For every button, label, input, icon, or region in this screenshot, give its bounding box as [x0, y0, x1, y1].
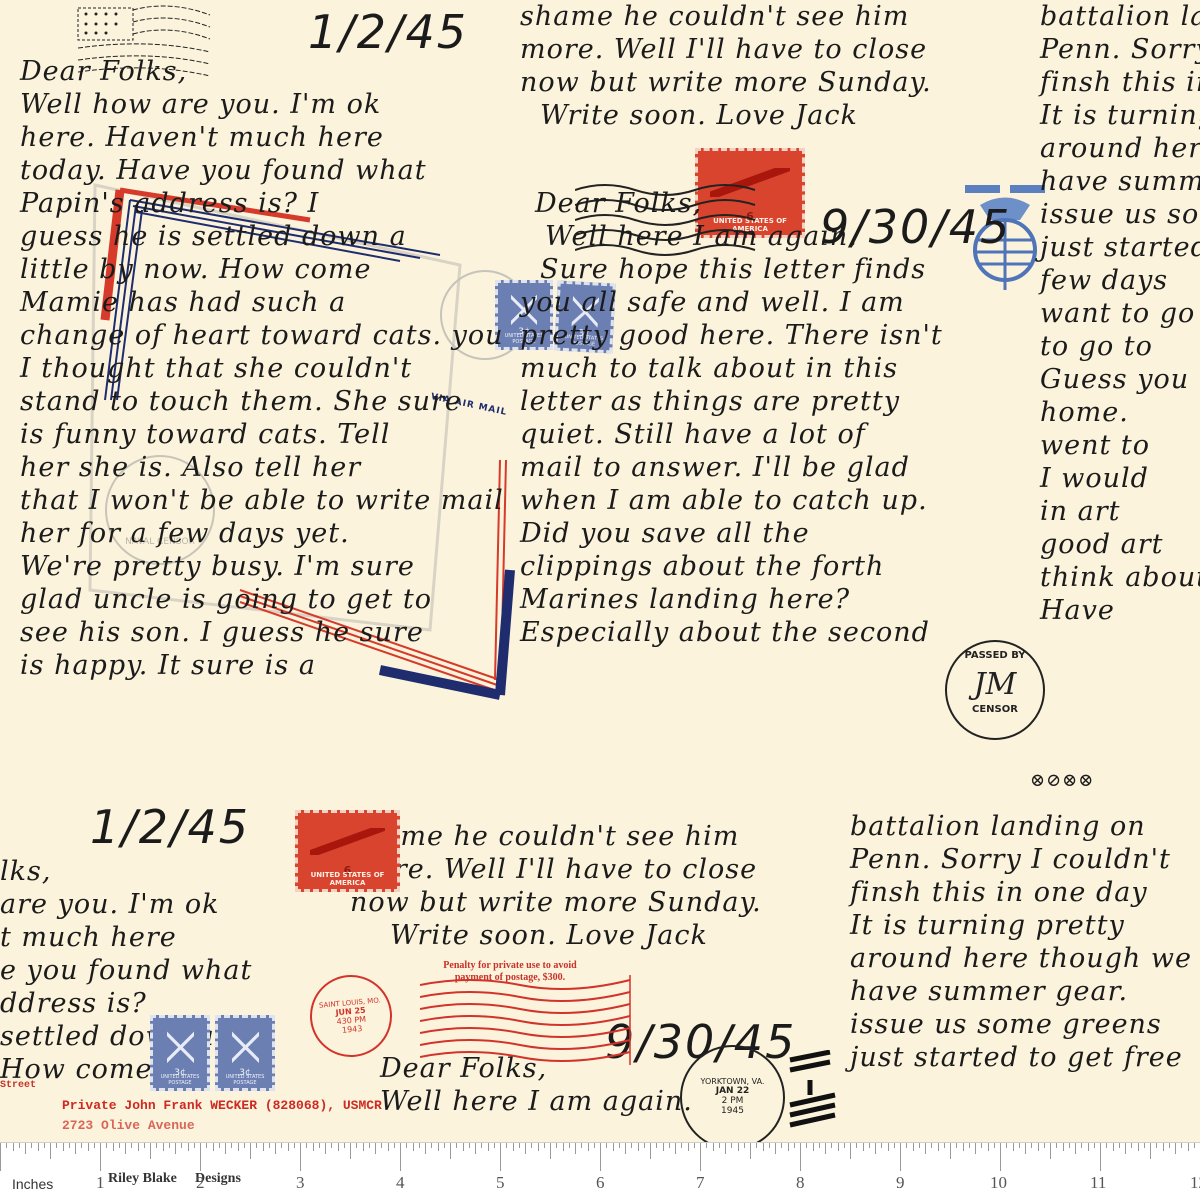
ruler-tick [263, 1143, 264, 1151]
ruler-tick [450, 1143, 451, 1159]
ruler-tick [681, 1143, 682, 1148]
ruler-number: 9 [896, 1173, 905, 1193]
ruler-tick [244, 1143, 245, 1148]
letter-line: We're pretty busy. I'm sure [20, 550, 504, 583]
ruler-tick [800, 1143, 801, 1171]
ruler-tick [1119, 1143, 1120, 1148]
ruler-tick [1056, 1143, 1057, 1148]
ruler-tick [200, 1143, 201, 1171]
letter-line: when I am able to catch up. [520, 484, 943, 517]
letter-line: guess he is settled down a [20, 220, 504, 253]
ruler-tick [331, 1143, 332, 1148]
ruler-tick [494, 1143, 495, 1148]
letter-line: glad uncle is going to get to [20, 583, 504, 616]
ruler-tick [1106, 1143, 1107, 1148]
ruler-tick [1138, 1143, 1139, 1151]
letter-line: see his son. I guess he sure [20, 616, 504, 649]
ruler-tick [288, 1143, 289, 1151]
letter-line: Especially about the second [520, 616, 943, 649]
ruler-tick [1025, 1143, 1026, 1154]
ruler-tick [481, 1143, 482, 1148]
letter-line: shame he couldn't see him [350, 820, 762, 853]
ruler-tick [694, 1143, 695, 1148]
ruler-tick [188, 1143, 189, 1151]
letter-line: much to talk about in this [520, 352, 943, 385]
letter-line: Well here I am again. [545, 220, 943, 253]
ruler-tick [456, 1143, 457, 1148]
ruler-tick [88, 1143, 89, 1151]
ruler-tick [613, 1143, 614, 1151]
ruler-tick [500, 1143, 501, 1171]
ruler-tick [600, 1143, 601, 1171]
ruler-tick [388, 1143, 389, 1151]
ruler-tick [931, 1143, 932, 1148]
ruler-tick [1169, 1143, 1170, 1148]
ruler-tick [1031, 1143, 1032, 1148]
letter-line: good art [1040, 528, 1200, 561]
scribble-marks: ⊗⊘⊗⊗ [1030, 770, 1094, 791]
postmark-time: 2 PM [682, 1096, 783, 1106]
ruler-tick [1163, 1143, 1164, 1151]
ruler-tick [963, 1143, 964, 1151]
ruler-unit-label: Inches [12, 1176, 53, 1192]
ruler-tick [431, 1143, 432, 1148]
ruler-tick [131, 1143, 132, 1148]
airmail-stamp: 6UNITED STATES OF AMERICA [295, 810, 400, 892]
ruler-tick [31, 1143, 32, 1148]
letter-line: e you found what [0, 954, 252, 987]
ruler-tick [438, 1143, 439, 1151]
ruler-tick [506, 1143, 507, 1148]
ruler-tick [406, 1143, 407, 1148]
ruler-tick [806, 1143, 807, 1148]
street-line: 2723 Olive Avenue [62, 1118, 195, 1133]
ruler-tick [700, 1143, 701, 1171]
ruler-tick [338, 1143, 339, 1151]
ruler-number: 3 [296, 1173, 305, 1193]
ruler-tick [625, 1143, 626, 1154]
ruler-tick [269, 1143, 270, 1148]
letter-line: to go to [1040, 330, 1200, 363]
ruler-number: 1 [96, 1173, 105, 1193]
ruler-tick [225, 1143, 226, 1154]
ruler-tick [0, 1143, 1, 1171]
ruler-tick [94, 1143, 95, 1148]
letter-line: issue us some greens [850, 1008, 1192, 1041]
letter-line: t much here [0, 921, 252, 954]
censor-signature: JM [947, 667, 1043, 702]
letter-line: home. [1040, 396, 1200, 429]
letter-line: lks, [0, 855, 252, 888]
ruler-tick [906, 1143, 907, 1148]
ruler-tick [831, 1143, 832, 1148]
ruler-tick [319, 1143, 320, 1148]
ruler-tick [869, 1143, 870, 1148]
ruler-tick [544, 1143, 545, 1148]
ruler-tick [944, 1143, 945, 1148]
ruler-tick [825, 1143, 826, 1154]
ruler-tick [56, 1143, 57, 1148]
measuring-ruler: Inches Riley Blake Designs 1234567891011… [0, 1142, 1200, 1200]
ruler-tick [281, 1143, 282, 1148]
letter-line: is funny toward cats. Tell [20, 418, 504, 451]
ruler-tick [1044, 1143, 1045, 1148]
ruler-tick [1125, 1143, 1126, 1154]
ruler-tick [1075, 1143, 1076, 1154]
censor-postmark: PASSED BY JM CENSOR [945, 640, 1045, 740]
letter-line: issue us some greens [1040, 198, 1200, 231]
letter-line: quiet. Still have a lot of [520, 418, 943, 451]
ruler-tick [575, 1143, 576, 1154]
ruler-tick [63, 1143, 64, 1151]
letter-line: you all safe and well. I am [520, 286, 943, 319]
ruler-tick [813, 1143, 814, 1151]
ruler-tick [400, 1143, 401, 1171]
letter-line: are you. I'm ok [0, 888, 252, 921]
letter-line: Well how are you. I'm ok [20, 88, 504, 121]
ruler-tick [669, 1143, 670, 1148]
ruler-tick [938, 1143, 939, 1151]
letter-line: battalion landing on [1040, 0, 1200, 33]
letter-line: just started to get free [850, 1041, 1192, 1074]
ruler-tick [300, 1143, 301, 1171]
ruler-tick [306, 1143, 307, 1148]
ruler-tick [44, 1143, 45, 1148]
ruler-tick [1113, 1143, 1114, 1151]
letter-line: Have [1040, 594, 1200, 627]
ruler-tick [344, 1143, 345, 1148]
ruler-tick [1188, 1143, 1189, 1151]
ruler-tick [419, 1143, 420, 1148]
ruler-tick [1013, 1143, 1014, 1151]
ruler-tick [606, 1143, 607, 1148]
fabric-swatch: VIA AIR MAIL NAVAL CENSOR 3¢UNITED STATE… [0, 0, 1200, 1142]
ruler-tick [1038, 1143, 1039, 1151]
letter-line: few days [1040, 264, 1200, 297]
ruler-tick [425, 1143, 426, 1154]
letter-line: Dear Folks, [535, 187, 943, 220]
ruler-tick [13, 1143, 14, 1151]
ruler-tick [875, 1143, 876, 1154]
ruler-tick [81, 1143, 82, 1148]
letter-line: today. Have you found what [20, 154, 504, 187]
ruler-tick [856, 1143, 857, 1148]
letter-line: have summer gear. [850, 975, 1192, 1008]
ruler-tick [475, 1143, 476, 1154]
ruler-tick [794, 1143, 795, 1148]
letter-middle: shame he couldn't see him more. Well I'l… [520, 0, 943, 649]
letter-line: shame he couldn't see him [520, 0, 943, 33]
ruler-tick [594, 1143, 595, 1148]
ruler-tick [169, 1143, 170, 1148]
letter-line: now but write more Sunday. [520, 66, 943, 99]
yorktown-postmark: YORKTOWN, VA. JAN 22 2 PM 1945 [680, 1045, 785, 1142]
ruler-tick [444, 1143, 445, 1148]
ruler-tick [538, 1143, 539, 1151]
letter-line: have summer gear. [1040, 165, 1200, 198]
ruler-tick [925, 1143, 926, 1154]
ruler-tick [413, 1143, 414, 1151]
ruler-tick [563, 1143, 564, 1151]
ruler-tick [194, 1143, 195, 1148]
ruler-tick [525, 1143, 526, 1154]
ruler-tick [238, 1143, 239, 1151]
letter-line: just started to get free [1040, 231, 1200, 264]
letter-line: want to go [1040, 297, 1200, 330]
ruler-tick [138, 1143, 139, 1151]
letter-line: finsh this in one day [850, 876, 1192, 909]
ruler-tick [1175, 1143, 1176, 1154]
ruler-tick [1019, 1143, 1020, 1148]
ruler-tick [706, 1143, 707, 1148]
date-text: 1/2/45 [308, 5, 468, 59]
ruler-tick [988, 1143, 989, 1151]
ruler-tick [581, 1143, 582, 1148]
postmark-city: YORKTOWN, VA. [682, 1077, 783, 1086]
addressee-line: Private John Frank WECKER (828068), USMC… [62, 1098, 382, 1113]
ruler-tick [363, 1143, 364, 1151]
ruler-tick [638, 1143, 639, 1151]
letter-line: stand to touch them. She sure [20, 385, 504, 418]
ruler-tick [6, 1143, 7, 1148]
ruler-number: 10 [990, 1173, 1007, 1193]
ruler-tick [463, 1143, 464, 1151]
ruler-tick [950, 1143, 951, 1159]
eagle-stamp: 3¢UNITED STATES POSTAGE [150, 1015, 210, 1091]
ruler-tick [838, 1143, 839, 1151]
ruler-tick [25, 1143, 26, 1154]
ruler-tick [556, 1143, 557, 1148]
letter-line: went to [1040, 429, 1200, 462]
ruler-tick [1069, 1143, 1070, 1148]
ruler-tick [38, 1143, 39, 1151]
letter-line: pretty good here. There isn't [520, 319, 943, 352]
ruler-number: 5 [496, 1173, 505, 1193]
ruler-tick [863, 1143, 864, 1151]
letter-left: Dear Folks, Well how are you. I'm ok her… [20, 55, 504, 682]
letter-line: little by now. How come [20, 253, 504, 286]
ruler-tick [994, 1143, 995, 1148]
ruler-tick [1194, 1143, 1195, 1148]
letter-line: battalion landing on [850, 810, 1192, 843]
ruler-number: 7 [696, 1173, 705, 1193]
letter-line: Dear Folks, [20, 55, 504, 88]
ruler-tick [350, 1143, 351, 1159]
ruler-tick [881, 1143, 882, 1148]
ruler-tick [69, 1143, 70, 1148]
ruler-tick [119, 1143, 120, 1148]
letter-line: her for a few days yet. [20, 517, 504, 550]
ruler-tick [1094, 1143, 1095, 1148]
ruler-tick [181, 1143, 182, 1148]
eagle-stamp: 3¢UNITED STATES POSTAGE [215, 1015, 275, 1091]
ruler-tick [100, 1143, 101, 1171]
ruler-tick [731, 1143, 732, 1148]
ruler-tick [113, 1143, 114, 1151]
ruler-tick [231, 1143, 232, 1148]
stamp-caption: UNITED STATES OF AMERICA [298, 871, 397, 887]
ruler-tick [1006, 1143, 1007, 1148]
ruler-tick [1181, 1143, 1182, 1148]
letter-line: her she is. Also tell her [20, 451, 504, 484]
ruler-tick [206, 1143, 207, 1148]
letter-line: now but write more Sunday. [350, 886, 762, 919]
ruler-tick [519, 1143, 520, 1148]
red-flag-cancel-icon [420, 975, 635, 1065]
ruler-tick [256, 1143, 257, 1148]
ruler-tick [981, 1143, 982, 1148]
bar-cancel-icon [785, 1050, 845, 1140]
ruler-tick [675, 1143, 676, 1154]
ruler-tick [106, 1143, 107, 1148]
ruler-tick [900, 1143, 901, 1171]
ruler-tick [219, 1143, 220, 1148]
letter-line: Did you save all the [520, 517, 943, 550]
letter-right-top: battalion landing on Penn. Sorry I could… [1040, 0, 1200, 627]
ruler-tick [513, 1143, 514, 1151]
letter-line: in art [1040, 495, 1200, 528]
ruler-tick [781, 1143, 782, 1148]
ruler-tick [619, 1143, 620, 1148]
ruler-tick [1144, 1143, 1145, 1148]
letter-line: Papin's address is? I [20, 187, 504, 220]
letter-line: I would [1040, 462, 1200, 495]
ruler-tick [975, 1143, 976, 1154]
ruler-tick [588, 1143, 589, 1151]
ruler-number: 6 [596, 1173, 605, 1193]
ruler-tick [844, 1143, 845, 1148]
ruler-tick [1150, 1143, 1151, 1159]
letter-line: mail to answer. I'll be glad [520, 451, 943, 484]
ruler-tick [956, 1143, 957, 1148]
ruler-tick [819, 1143, 820, 1148]
ruler-number: 8 [796, 1173, 805, 1193]
ruler-tick [763, 1143, 764, 1151]
ruler-tick [713, 1143, 714, 1151]
ruler-tick [688, 1143, 689, 1151]
letter-line: Penn. Sorry I couldn't [850, 843, 1192, 876]
letter-line: Penn. Sorry I couldn't [1040, 33, 1200, 66]
ruler-tick [1050, 1143, 1051, 1159]
letter-line: Mamie has had such a [20, 286, 504, 319]
ruler-tick [294, 1143, 295, 1148]
censor-bottom-text: CENSOR [947, 704, 1043, 715]
ruler-tick [19, 1143, 20, 1148]
penalty-line: Penalty for private use to avoid [420, 960, 600, 972]
letter-right-repeat: battalion landing on Penn. Sorry I could… [850, 810, 1192, 1074]
ruler-tick [650, 1143, 651, 1159]
letter-line: here. Haven't much here [20, 121, 504, 154]
letter-line: clippings about the forth [520, 550, 943, 583]
ruler-tick [775, 1143, 776, 1154]
letter-line: finsh this in one day [1040, 66, 1200, 99]
ruler-tick [1063, 1143, 1064, 1151]
ruler-tick [1100, 1143, 1101, 1171]
letter-line: Sure hope this letter finds [540, 253, 943, 286]
ruler-tick [769, 1143, 770, 1148]
ruler-tick [1081, 1143, 1082, 1148]
ruler-tick [550, 1143, 551, 1159]
ruler-tick [644, 1143, 645, 1148]
stamp-caption: UNITED STATES POSTAGE [153, 1074, 207, 1086]
ruler-tick [275, 1143, 276, 1154]
ruler-tick [250, 1143, 251, 1159]
ruler-brand: Riley Blake [108, 1171, 177, 1187]
ruler-tick [850, 1143, 851, 1159]
letter-line: more. Well I'll have to close [350, 853, 762, 886]
ruler-tick [469, 1143, 470, 1148]
letter-line: I thought that she couldn't [20, 352, 504, 385]
ruler-tick [1131, 1143, 1132, 1148]
letter-line: Marines landing here? [520, 583, 943, 616]
letter-line: around here though we [1040, 132, 1200, 165]
ruler-tick [313, 1143, 314, 1151]
letter-line: It is turning pretty [850, 909, 1192, 942]
ruler-tick [381, 1143, 382, 1148]
letter-line: Guess you [1040, 363, 1200, 396]
ruler-tick [744, 1143, 745, 1148]
ruler-number: 4 [396, 1173, 405, 1193]
ruler-tick [144, 1143, 145, 1148]
postmark-date: JAN 22 [682, 1086, 783, 1096]
ruler-number: 2 [196, 1173, 205, 1193]
ruler-tick [725, 1143, 726, 1154]
ruler-tick [663, 1143, 664, 1151]
letter-line: Write soon. Love Jack [540, 99, 943, 132]
postmark-year: 1945 [682, 1106, 783, 1116]
ruler-tick [1000, 1143, 1001, 1171]
street-label: Street [0, 1080, 36, 1091]
date-text: 1/2/45 [90, 800, 250, 854]
letter-line: think about [1040, 561, 1200, 594]
ruler-tick [531, 1143, 532, 1148]
ruler-tick [919, 1143, 920, 1148]
ruler-tick [213, 1143, 214, 1151]
ruler-tick [325, 1143, 326, 1154]
ruler-tick [719, 1143, 720, 1148]
stamp-caption: UNITED STATES POSTAGE [218, 1074, 272, 1086]
letter-line: is happy. It sure is a [20, 649, 504, 682]
ruler-tick [969, 1143, 970, 1148]
ruler-number: 11 [1090, 1173, 1106, 1193]
ruler-tick [913, 1143, 914, 1151]
letter-line: around here though we [850, 942, 1192, 975]
ruler-tick [163, 1143, 164, 1151]
ruler-tick [375, 1143, 376, 1154]
ruler-tick [150, 1143, 151, 1159]
ruler-tick [631, 1143, 632, 1148]
ruler-tick [756, 1143, 757, 1148]
ruler-tick [1156, 1143, 1157, 1148]
ruler-tick [175, 1143, 176, 1154]
ruler-tick [488, 1143, 489, 1151]
ruler-tick [1088, 1143, 1089, 1151]
ruler-tick [788, 1143, 789, 1151]
letter-line: letter as things are pretty [520, 385, 943, 418]
letter-line: more. Well I'll have to close [520, 33, 943, 66]
ruler-tick [750, 1143, 751, 1159]
ruler-tick [75, 1143, 76, 1154]
ruler-tick [356, 1143, 357, 1148]
letter-line: change of heart toward cats. you [20, 319, 504, 352]
ruler-tick [888, 1143, 889, 1151]
ruler-tick [738, 1143, 739, 1151]
ruler-number: 12 [1190, 1173, 1200, 1193]
ruler-tick [894, 1143, 895, 1148]
ruler-tick [369, 1143, 370, 1148]
ruler-tick [125, 1143, 126, 1154]
censor-top-text: PASSED BY [947, 650, 1043, 661]
